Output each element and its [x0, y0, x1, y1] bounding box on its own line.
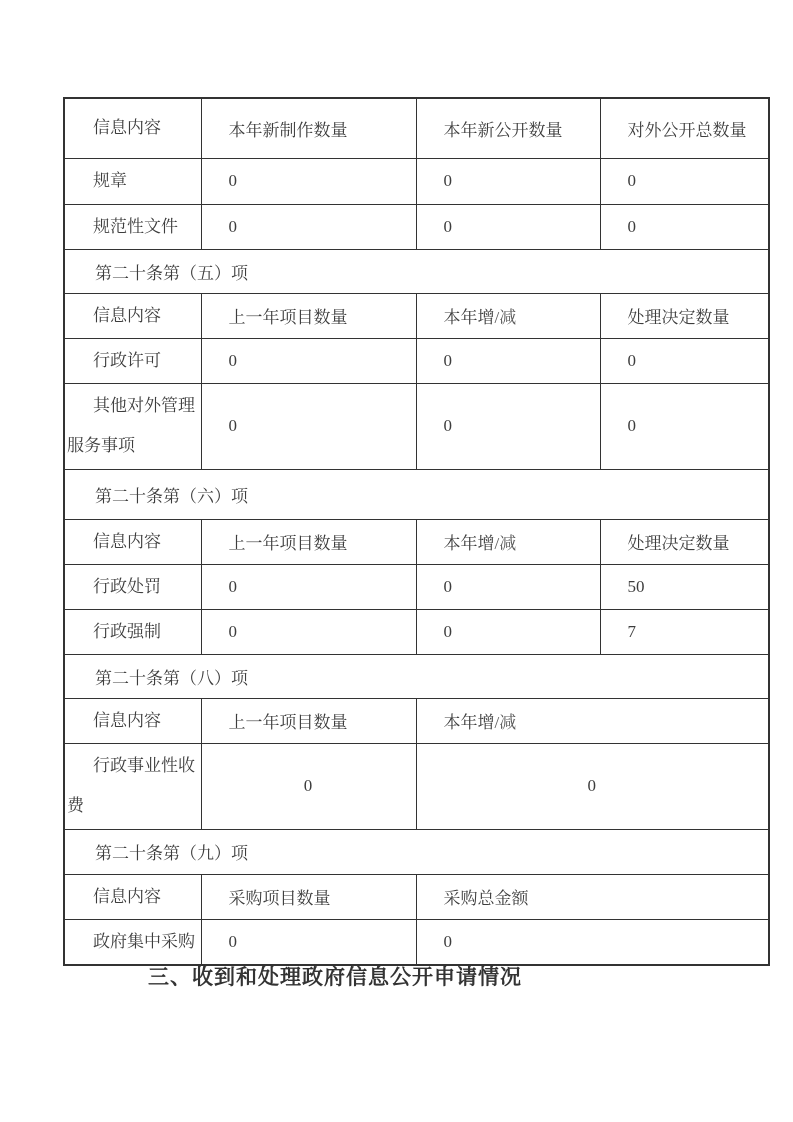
- header-text: 本年增: [444, 308, 495, 327]
- header-cell: 对外公开总数量: [600, 98, 769, 158]
- header-cell: 处理决定数量: [600, 293, 769, 338]
- table-data-row: 行政许可 0 0 0: [64, 338, 769, 383]
- header-cell: 处理决定数量: [600, 519, 769, 564]
- value-cell: 0: [201, 609, 416, 654]
- value-cell: 0: [416, 919, 769, 965]
- section-title-cell: 第二十条第（九）项: [64, 829, 769, 874]
- header-text-suffix: /减: [495, 534, 517, 553]
- row-label-cell: 行政强制: [64, 609, 201, 654]
- value-cell: 0: [416, 204, 600, 249]
- header-cell: 采购总金额: [416, 874, 769, 919]
- table-data-row: 规范性文件 0 0 0: [64, 204, 769, 249]
- value-cell: 0: [201, 338, 416, 383]
- header-cell: 信息内容: [64, 293, 201, 338]
- table-section-row: 第二十条第（八）项: [64, 654, 769, 698]
- header-cell: 上一年项目数量: [201, 698, 416, 743]
- section-title-cell: 第二十条第（六）项: [64, 469, 769, 519]
- header-text-suffix: /减: [495, 308, 517, 327]
- table-section-row: 第二十条第（九）项: [64, 829, 769, 874]
- value-cell: 0: [416, 383, 600, 469]
- row-label-cell: 规章: [64, 158, 201, 204]
- table-header-row: 信息内容 采购项目数量 采购总金额: [64, 874, 769, 919]
- row-label-cell: 政府集中采购: [64, 919, 201, 965]
- value-cell: 7: [600, 609, 769, 654]
- header-cell: 本年新制作数量: [201, 98, 416, 158]
- value-cell: 0: [416, 158, 600, 204]
- table-header-row: 信息内容 上一年项目数量 本年增/减 处理决定数量: [64, 293, 769, 338]
- value-cell: 0: [416, 743, 769, 829]
- header-cell: 本年增/减: [416, 293, 600, 338]
- value-cell: 50: [600, 564, 769, 609]
- header-text: 本年增: [444, 713, 495, 732]
- table-header-row: 信息内容 上一年项目数量 本年增/减 处理决定数量: [64, 519, 769, 564]
- value-cell: 0: [416, 564, 600, 609]
- value-cell: 0: [201, 743, 416, 829]
- table-header-row: 信息内容 上一年项目数量 本年增/减: [64, 698, 769, 743]
- value-cell: 0: [201, 204, 416, 249]
- value-cell: 0: [201, 158, 416, 204]
- header-cell: 信息内容: [64, 874, 201, 919]
- header-cell: 本年新公开数量: [416, 98, 600, 158]
- document-page: 信息内容 本年新制作数量 本年新公开数量 对外公开总数量 规章 0 0 0 规范…: [0, 0, 793, 1122]
- row-label-cell: 规范性文件: [64, 204, 201, 249]
- header-cell: 信息内容: [64, 519, 201, 564]
- row-label-cell: 行政处罚: [64, 564, 201, 609]
- table-data-row: 行政强制 0 0 7: [64, 609, 769, 654]
- header-cell: 信息内容: [64, 698, 201, 743]
- table-section-row: 第二十条第（五）项: [64, 249, 769, 293]
- header-text: 本年增: [444, 534, 495, 553]
- value-cell: 0: [201, 919, 416, 965]
- header-cell: 本年增/减: [416, 698, 769, 743]
- section-title-cell: 第二十条第（八）项: [64, 654, 769, 698]
- row-label-cell: 行政事业性收费: [64, 743, 201, 829]
- section-heading: 三、收到和处理政府信息公开申请情况: [148, 961, 522, 991]
- table-data-row: 行政事业性收费 0 0: [64, 743, 769, 829]
- section-title-cell: 第二十条第（五）项: [64, 249, 769, 293]
- header-text-suffix: /减: [495, 713, 517, 732]
- table-data-row: 行政处罚 0 0 50: [64, 564, 769, 609]
- value-cell: 0: [600, 383, 769, 469]
- value-cell: 0: [201, 564, 416, 609]
- table-data-row: 政府集中采购 0 0: [64, 919, 769, 965]
- disclosure-statistics-table: 信息内容 本年新制作数量 本年新公开数量 对外公开总数量 规章 0 0 0 规范…: [63, 97, 770, 966]
- row-label-cell: 其他对外管理服务事项: [64, 383, 201, 469]
- value-cell: 0: [416, 609, 600, 654]
- value-cell: 0: [600, 158, 769, 204]
- row-label-cell: 行政许可: [64, 338, 201, 383]
- value-cell: 0: [201, 383, 416, 469]
- table-data-row: 规章 0 0 0: [64, 158, 769, 204]
- value-cell: 0: [416, 338, 600, 383]
- header-cell: 采购项目数量: [201, 874, 416, 919]
- table-data-row: 其他对外管理服务事项 0 0 0: [64, 383, 769, 469]
- header-cell: 上一年项目数量: [201, 293, 416, 338]
- header-cell: 上一年项目数量: [201, 519, 416, 564]
- header-cell: 本年增/减: [416, 519, 600, 564]
- table-section-row: 第二十条第（六）项: [64, 469, 769, 519]
- header-cell: 信息内容: [64, 98, 201, 158]
- value-cell: 0: [600, 338, 769, 383]
- table-header-row: 信息内容 本年新制作数量 本年新公开数量 对外公开总数量: [64, 98, 769, 158]
- value-cell: 0: [600, 204, 769, 249]
